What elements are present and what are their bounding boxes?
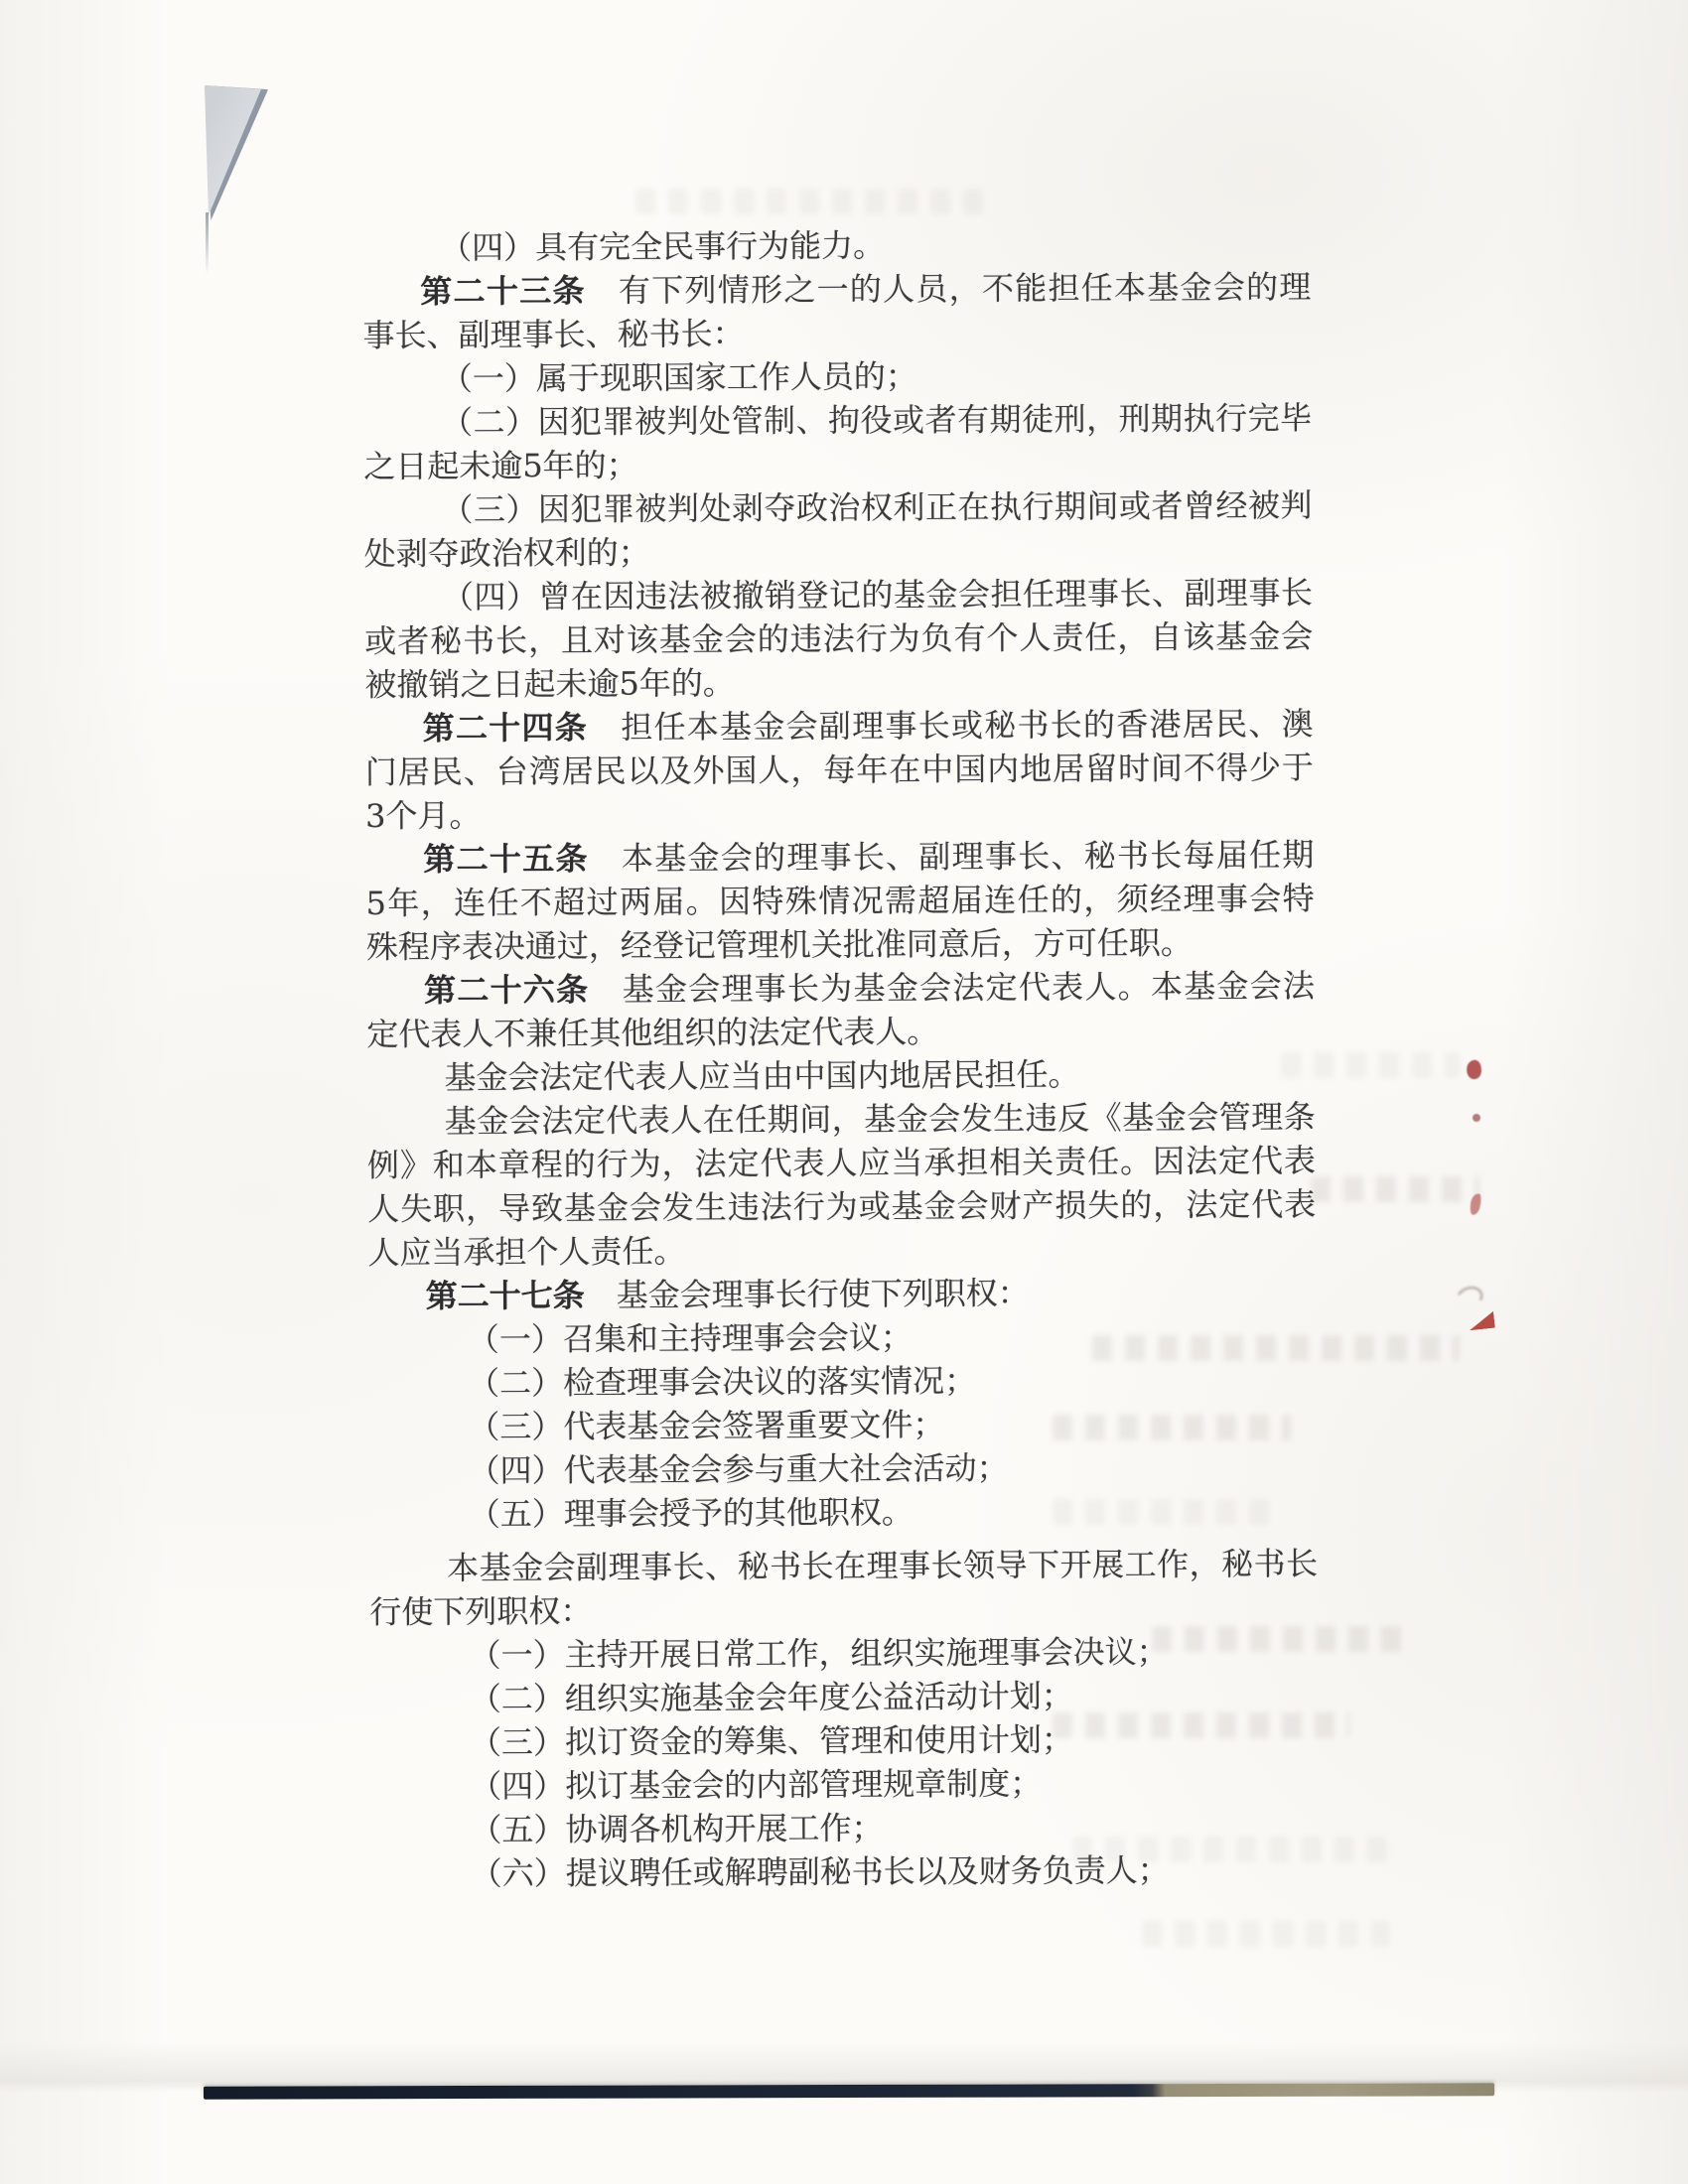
text-line: 处剥夺政治权利的； — [364, 527, 1313, 576]
article-number: 第二十三条 — [420, 272, 586, 311]
text-line: （一）召集和主持理事会会议； — [368, 1313, 1317, 1362]
seal-bleed-mark — [1468, 1311, 1495, 1331]
line-text: 门居民、台湾居民以及外国人，每年在中国内地居留时间不得少于 — [365, 749, 1314, 791]
bleedthrough-ghost — [1311, 1176, 1479, 1202]
text-line: 基金会法定代表人在任期间，基金会发生违反《基金会管理条 — [367, 1095, 1316, 1144]
text-line: 殊程序表决通过，经登记管理机关批准同意后，方可任职。 — [366, 920, 1315, 969]
text-line: （五）协调各机构开展工作； — [370, 1804, 1319, 1852]
text-line: 或者秘书长，且对该基金会的违法行为负有个人责任，自该基金会 — [364, 614, 1313, 663]
line-text: （二）组织实施基金会年度公益活动计划； — [470, 1677, 1073, 1717]
line-text: （四）曾在因违法被撤销登记的基金会担任理事长、副理事长 — [442, 574, 1313, 616]
line-text: 人失职，导致基金会发生违法行为或基金会财产损失的，法定代表 — [367, 1185, 1316, 1228]
text-line: （三）代表基金会签署重要文件； — [368, 1401, 1317, 1449]
article-number: 第二十四条 — [423, 709, 589, 748]
text-line: （五）理事会授予的其他职权。 — [369, 1488, 1318, 1537]
line-text: （三）代表基金会签署重要文件； — [468, 1406, 944, 1446]
text-column: （四）具有完全民事行为能力。第二十三条 有下列情形之一的人员，不能担任本基金会的… — [362, 221, 1320, 1896]
page-corner-fold-crease — [206, 212, 209, 274]
line-text: （一）主持开展日常工作，组织实施理事会决议； — [469, 1633, 1168, 1675]
line-text: 3个月。 — [365, 796, 482, 835]
line-text: （四）具有完全民事行为能力。 — [440, 226, 885, 266]
text-line: （四）代表基金会参与重大社会活动； — [368, 1444, 1317, 1493]
text-line: （四）曾在因违法被撤销登记的基金会担任理事长、副理事长 — [364, 571, 1313, 619]
line-text: 基金会理事长行使下列职权： — [585, 1274, 1030, 1313]
text-line: （四）拟订基金会的内部管理规章制度； — [370, 1760, 1319, 1809]
line-text: （一）召集和主持理事会会议； — [468, 1318, 913, 1358]
line-text: （三）拟订资金的筹集、管理和使用计划； — [470, 1720, 1073, 1761]
article-number: 第二十五条 — [423, 840, 589, 879]
pencil-bleed-mark — [1453, 1283, 1486, 1312]
page-corner-fold — [205, 85, 261, 215]
document-page: { "document": { "language": "zh-CN", "ki… — [0, 0, 1688, 2184]
line-text: 之日起未逾5年的； — [363, 447, 638, 485]
seal-bleed-mark — [1465, 1059, 1483, 1081]
line-text: 本基金会的理事长、副理事长、秘书长每届任期 — [589, 836, 1315, 878]
bleedthrough-ghost — [635, 189, 993, 214]
text-line: 第二十五条 本基金会的理事长、副理事长、秘书长每届任期 — [365, 833, 1314, 882]
text-line: （二）检查理事会决议的落实情况； — [368, 1357, 1317, 1406]
text-line: 行使下列职权： — [369, 1585, 1318, 1634]
line-text: 被撤销之日起未逾5年的。 — [364, 664, 735, 704]
line-text: （一）属于现职国家工作人员的； — [441, 357, 917, 398]
line-text: 5年，连任不超过两届。因特殊情况需超届连任的，须经理事会特 — [365, 880, 1314, 922]
line-text: 本基金会副理事长、秘书长在理事长领导下开展工作，秘书长 — [447, 1545, 1318, 1587]
scan-bottom-edge — [204, 2083, 1494, 2099]
text-line: （三）拟订资金的筹集、管理和使用计划； — [370, 1716, 1319, 1765]
line-text: 行使下列职权： — [369, 1592, 592, 1631]
article-number: 第二十七条 — [426, 1277, 585, 1315]
text-line: 人失职，导致基金会发生违法行为或基金会财产损失的，法定代表 — [367, 1182, 1316, 1231]
line-text: （二）检查理事会决议的落实情况； — [468, 1362, 976, 1403]
text-line: 5年，连任不超过两届。因特殊情况需超届连任的，须经理事会特 — [365, 877, 1314, 925]
text-line: 事长、副理事长、秘书长： — [362, 309, 1311, 357]
line-text: （六）提议聘任或解聘副秘书长以及财务负责人； — [471, 1851, 1170, 1893]
text-line: （一）主持开展日常工作，组织实施理事会决议； — [369, 1629, 1318, 1678]
line-text: （四）拟订基金会的内部管理规章制度； — [470, 1764, 1042, 1805]
line-text: 担任本基金会副理事长或秘书长的香港居民、澳 — [588, 705, 1314, 747]
bleedthrough-ghost — [1142, 1921, 1390, 1947]
line-text: 人应当承担个人责任。 — [367, 1232, 685, 1272]
text-line: 人应当承担个人责任。 — [367, 1226, 1316, 1275]
text-line: 第二十三条 有下列情形之一的人员，不能担任本基金会的理 — [362, 265, 1311, 314]
line-text: 基金会理事长为基金会法定代表人。本基金会法 — [589, 967, 1315, 1009]
line-text: （二）因犯罪被判处管制、拘役或者有期徒刑，刑期执行完毕 — [441, 399, 1312, 442]
line-text: 或者秘书长，且对该基金会的违法行为负有个人责任，自该基金会 — [364, 617, 1313, 660]
line-text: 殊程序表决通过，经登记管理机关批准同意后，方可任职。 — [366, 924, 1193, 966]
line-text: （四）代表基金会参与重大社会活动； — [468, 1449, 1008, 1490]
text-line: 第二十六条 基金会理事长为基金会法定代表人。本基金会法 — [366, 964, 1315, 1013]
line-text: 基金会法定代表人在任期间，基金会发生违反《基金会管理条 — [445, 1098, 1316, 1141]
text-line: 第二十四条 担任本基金会副理事长或秘书长的香港居民、澳 — [365, 702, 1314, 751]
seal-bleed-mark — [1469, 1192, 1482, 1215]
text-line: 门居民、台湾居民以及外国人，每年在中国内地居留时间不得少于 — [365, 746, 1314, 794]
text-line: （六）提议聘任或解聘副秘书长以及财务负责人； — [371, 1847, 1320, 1896]
line-text: （五）协调各机构开展工作； — [470, 1809, 883, 1848]
text-line: 被撤销之日起未逾5年的。 — [364, 658, 1313, 707]
text-line: 之日起未逾5年的； — [363, 440, 1312, 488]
line-text: 例》和本章程的行为，法定代表人应当承担相关责任。因法定代表 — [367, 1142, 1316, 1184]
line-text: 有下列情形之一的人员，不能担任本基金会的理 — [586, 268, 1312, 310]
line-text: （五）理事会授予的其他职权。 — [469, 1493, 914, 1533]
text-line: （四）具有完全民事行为能力。 — [362, 221, 1311, 270]
line-text: 基金会法定代表人应当由中国内地居民担任。 — [444, 1055, 1079, 1096]
text-line: 基金会法定代表人应当由中国内地居民担任。 — [366, 1051, 1315, 1100]
article-number: 第二十六条 — [424, 971, 590, 1010]
line-text: （三）因犯罪被判处剥夺政治权利正在执行期间或者曾经被判 — [441, 486, 1312, 529]
text-line: （二）组织实施基金会年度公益活动计划； — [370, 1673, 1319, 1721]
text-line: 3个月。 — [365, 789, 1314, 838]
seal-bleed-mark — [1473, 1114, 1480, 1122]
text-line: （一）属于现职国家工作人员的； — [363, 352, 1312, 401]
text-line: （三）因犯罪被判处剥夺政治权利正在执行期间或者曾经被判 — [363, 483, 1312, 532]
text-line: 本基金会副理事长、秘书长在理事长领导下开展工作，秘书长 — [369, 1542, 1318, 1590]
text-line: 例》和本章程的行为，法定代表人应当承担相关责任。因法定代表 — [367, 1139, 1316, 1187]
text-line: 第二十七条 基金会理事长行使下列职权： — [368, 1270, 1317, 1318]
line-text: 定代表人不兼任其他组织的法定代表人。 — [366, 1013, 938, 1053]
text-line: 定代表人不兼任其他组织的法定代表人。 — [366, 1008, 1315, 1056]
text-line: （二）因犯罪被判处管制、拘役或者有期徒刑，刑期执行完毕 — [363, 396, 1312, 445]
line-text: 处剥夺政治权利的； — [364, 533, 650, 573]
line-text: 事长、副理事长、秘书长： — [362, 315, 744, 354]
